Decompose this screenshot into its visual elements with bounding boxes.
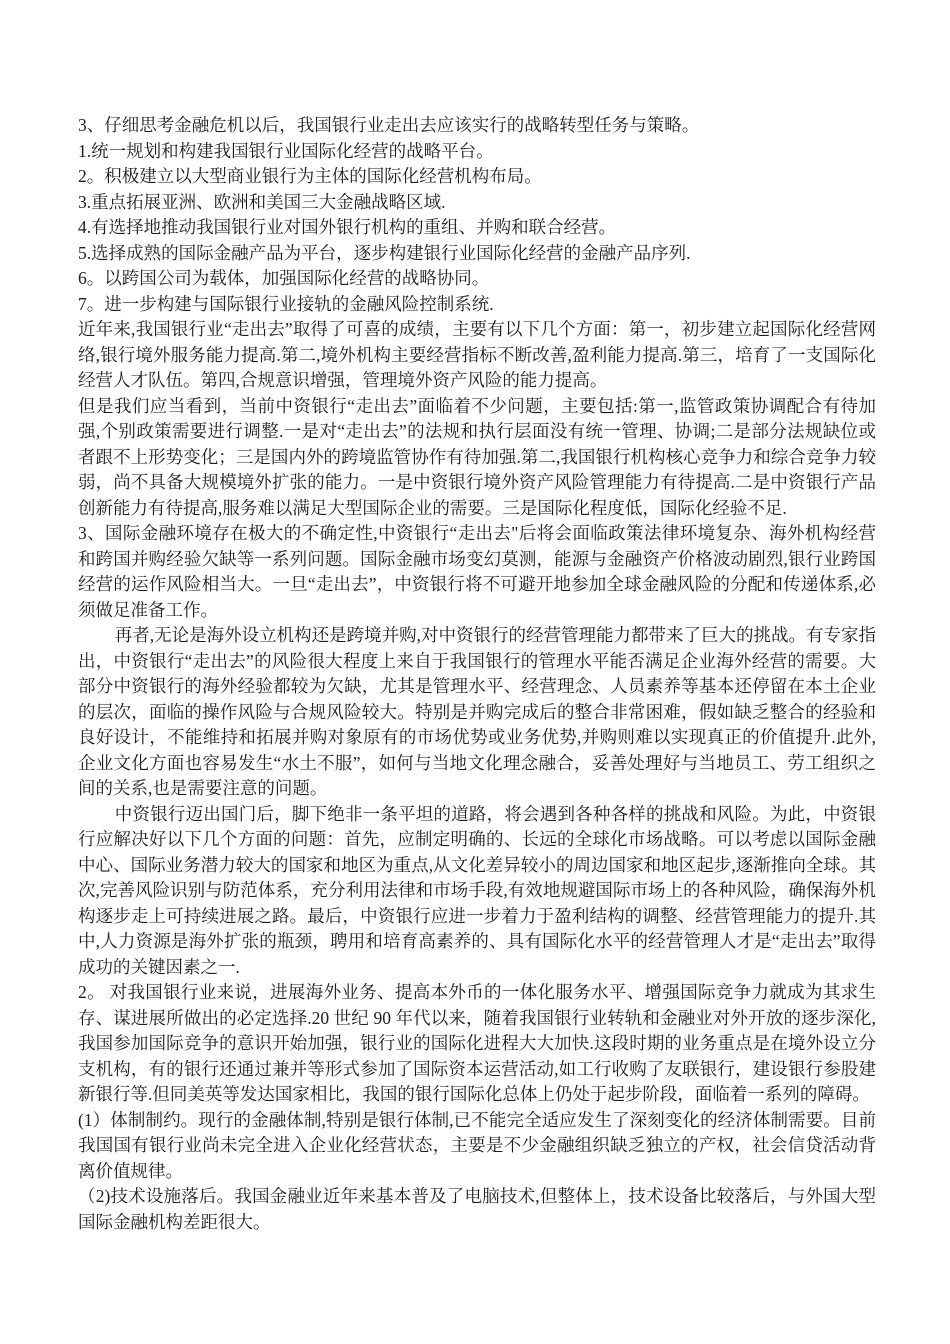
paragraph-strategy-item-2: 2。积极建立以大型商业银行为主体的国际化经营机构布局。 — [78, 164, 876, 190]
paragraph-obstacle-2: （2)技术设施落后。我国金融业近年来基本普及了电脑技术,但整体上，技术设备比较落… — [78, 1184, 876, 1235]
paragraph-management-challenge: 再者,无论是海外设立机构还是跨境并购,对中资银行的经营管理能力都带来了巨大的挑战… — [78, 623, 876, 802]
document-page: 3、仔细思考金融危机以后，我国银行业走出去应该实行的战略转型任务与策略。 1.统… — [0, 0, 950, 1344]
paragraph-achievements: 近年来,我国银行业“走出去”取得了可喜的成绩，主要有以下几个方面：第一，初步建立… — [78, 317, 876, 394]
paragraph-strategy-item-4: 4.有选择地推动我国银行业对国外银行机构的重组、并购和联合经营。 — [78, 215, 876, 241]
paragraph-question-2: 2。 对我国银行业来说，进展海外业务、提高本外币的一体化服务水平、增强国际竞争力… — [78, 980, 876, 1108]
paragraph-recommendations: 中资银行迈出国门后，脚下绝非一条平坦的道路，将会遇到各种各样的挑战和风险。为此，… — [78, 802, 876, 981]
paragraph-strategy-item-6: 6。以跨国公司为载体，加强国际化经营的战略协同。 — [78, 266, 876, 292]
paragraph-strategy-item-3: 3.重点拓展亚洲、欧洲和美国三大金融战略区域. — [78, 190, 876, 216]
paragraph-question-3-environment: 3、国际金融环境存在极大的不确定性,中资银行“走出去"后将会面临政策法律环境复杂… — [78, 521, 876, 623]
paragraph-question-3-heading: 3、仔细思考金融危机以后，我国银行业走出去应该实行的战略转型任务与策略。 — [78, 113, 876, 139]
paragraph-strategy-item-5: 5.选择成熟的国际金融产品为平台，逐步构建银行业国际化经营的金融产品序列. — [78, 241, 876, 267]
paragraph-strategy-item-7: 7。进一步构建与国际银行业接轨的金融风险控制系统. — [78, 292, 876, 318]
paragraph-strategy-item-1: 1.统一规划和构建我国银行业国际化经营的战略平台。 — [78, 139, 876, 165]
paragraph-obstacle-1: (1）体制制约。现行的金融体制,特别是银行体制,已不能完全适应发生了深刻变化的经… — [78, 1108, 876, 1185]
paragraph-problems: 但是我们应当看到，当前中资银行“走出去”面临着不少问题，主要包括:第一,监管政策… — [78, 394, 876, 522]
